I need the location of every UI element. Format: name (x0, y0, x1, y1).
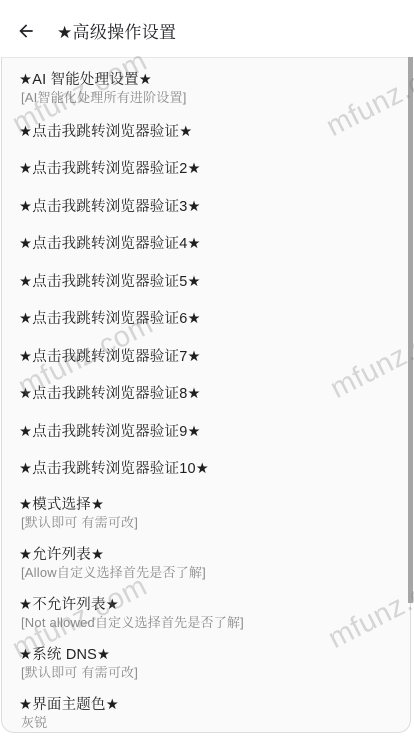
list-item-browser-verify-8[interactable]: ★点击我跳转浏览器验证8★ (2, 376, 410, 414)
item-title: ★AI 智能处理设置★ (19, 71, 386, 89)
list-item-system-dns[interactable]: ★系统 DNS★ [默认即可 有需可改] (2, 638, 410, 688)
item-title: ★点击我跳转浏览器验证9★ (19, 423, 386, 441)
item-title: ★点击我跳转浏览器验证7★ (19, 348, 386, 366)
item-title: ★点击我跳转浏览器验证3★ (19, 198, 386, 216)
list-item-ai-settings[interactable]: ★AI 智能处理设置★ [AI智能化处理所有进阶设置] (2, 63, 410, 113)
item-title: ★系统 DNS★ (19, 646, 386, 664)
item-title: ★点击我跳转浏览器验证10★ (19, 460, 386, 478)
list-item-allow-list[interactable]: ★允许列表★ [Allow自定义选择首先是否了解] (2, 538, 410, 588)
list-item-deny-list[interactable]: ★不允许列表★ [Not allowed自定义选择首先是否了解] (2, 588, 410, 638)
settings-content: ★AI 智能处理设置★ [AI智能化处理所有进阶设置] ★点击我跳转浏览器验证★… (1, 57, 411, 733)
list-item-browser-verify-9[interactable]: ★点击我跳转浏览器验证9★ (2, 413, 410, 451)
item-title: ★点击我跳转浏览器验证★ (19, 123, 386, 141)
list-item-browser-verify-10[interactable]: ★点击我跳转浏览器验证10★ (2, 451, 410, 489)
item-title: ★不允许列表★ (19, 596, 386, 614)
arrow-left-icon (16, 21, 36, 41)
item-summary: [AI智能化处理所有进阶设置] (19, 90, 386, 106)
item-title: ★点击我跳转浏览器验证5★ (19, 273, 386, 291)
item-title: ★点击我跳转浏览器验证6★ (19, 310, 386, 328)
list-item-browser-verify-4[interactable]: ★点击我跳转浏览器验证4★ (2, 226, 410, 264)
list-item-mode-select[interactable]: ★模式选择★ [默认即可 有需可改] (2, 488, 410, 538)
item-summary: [默认即可 有需可改] (19, 665, 386, 681)
item-title: ★点击我跳转浏览器验证8★ (19, 385, 386, 403)
item-title: ★允许列表★ (19, 546, 386, 564)
item-summary: [Not allowed自定义选择首先是否了解] (19, 615, 386, 631)
item-summary: [Allow自定义选择首先是否了解] (19, 565, 386, 581)
item-title: ★界面主题色★ (19, 696, 386, 714)
item-title: ★点击我跳转浏览器验证4★ (19, 235, 386, 253)
back-button[interactable] (14, 19, 38, 43)
item-summary: [默认即可 有需可改] (19, 515, 386, 531)
list-item-theme-color[interactable]: ★界面主题色★ 灰锐 (2, 688, 410, 733)
scrollbar[interactable] (408, 57, 413, 603)
item-summary: 灰锐 (19, 715, 386, 731)
list-item-browser-verify-3[interactable]: ★点击我跳转浏览器验证3★ (2, 188, 410, 226)
list-item-browser-verify-5[interactable]: ★点击我跳转浏览器验证5★ (2, 263, 410, 301)
item-title: ★模式选择★ (19, 496, 386, 514)
app-bar: ★高级操作设置 (0, 0, 414, 57)
page-title: ★高级操作设置 (57, 18, 176, 43)
list-item-browser-verify-2[interactable]: ★点击我跳转浏览器验证2★ (2, 151, 410, 189)
item-title: ★点击我跳转浏览器验证2★ (19, 160, 386, 178)
list-item-browser-verify-1[interactable]: ★点击我跳转浏览器验证★ (2, 113, 410, 151)
preference-list: ★AI 智能处理设置★ [AI智能化处理所有进阶设置] ★点击我跳转浏览器验证★… (2, 58, 410, 733)
list-item-browser-verify-7[interactable]: ★点击我跳转浏览器验证7★ (2, 338, 410, 376)
list-item-browser-verify-6[interactable]: ★点击我跳转浏览器验证6★ (2, 301, 410, 339)
